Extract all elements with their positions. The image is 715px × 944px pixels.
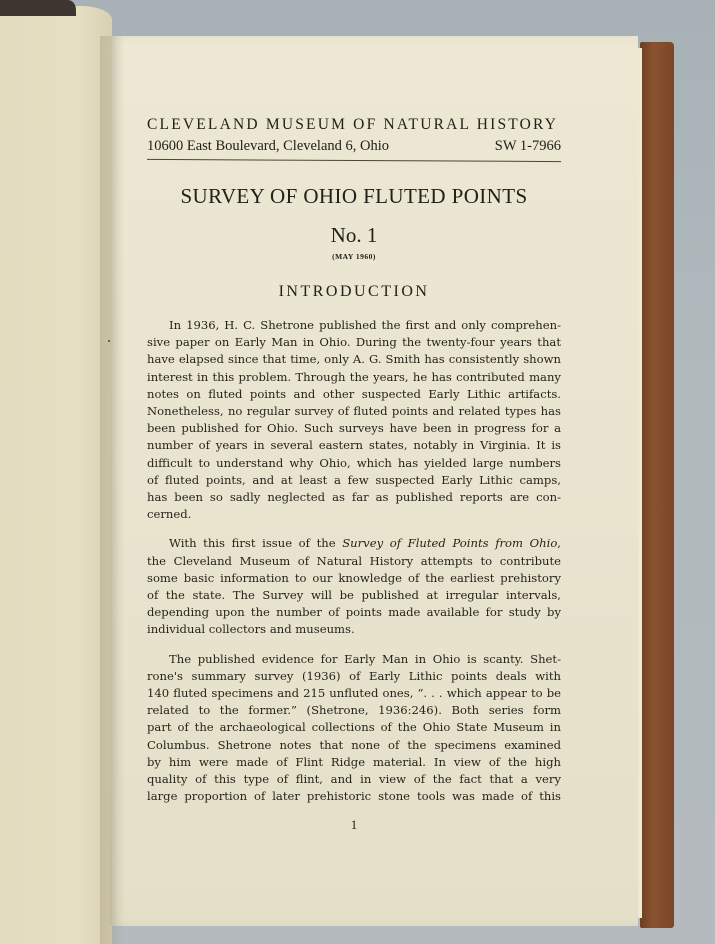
paragraph-line: sive paper on Early Man in Ohio. During … <box>147 334 561 351</box>
paragraph-line: interest in this problem. Through the ye… <box>147 369 561 386</box>
paragraph-line: number of years in several eastern state… <box>147 437 561 454</box>
letterhead-rule <box>147 159 561 162</box>
paper-speck <box>108 340 110 342</box>
issue-number: No. 1 <box>147 223 561 248</box>
paragraph-line: Nonetheless, no regular survey of fluted… <box>147 403 561 420</box>
issue-date: (MAY 1960) <box>147 252 561 261</box>
paragraph-line: difficult to understand why Ohio, which … <box>147 455 561 472</box>
left-page <box>0 6 112 944</box>
letterhead: CLEVELAND MUSEUM OF NATURAL HISTORY 1060… <box>147 116 561 161</box>
paragraph-line: notes on fluted points and other suspect… <box>147 386 561 403</box>
gutter-shadow <box>100 36 124 944</box>
section-heading: INTRODUCTION <box>147 283 561 301</box>
paragraph-line: The published evidence for Early Man in … <box>147 651 561 668</box>
text-segment: , <box>557 536 561 550</box>
paragraph-line: of fluted points, and at least a few sus… <box>147 472 561 489</box>
paragraph-line: rone's summary survey (1936) of Early Li… <box>147 668 561 685</box>
left-cover-edge <box>0 0 76 16</box>
publication-title-italic: Survey of Fluted Points from Ohio <box>342 536 557 550</box>
right-page: CLEVELAND MUSEUM OF NATURAL HISTORY 1060… <box>110 36 638 926</box>
page-number: 1 <box>147 817 561 833</box>
paragraph-line: part of the archaeological collections o… <box>147 719 561 736</box>
paragraph-line: With this first issue of the Survey of F… <box>147 535 561 552</box>
phone-number: SW 1-7966 <box>495 138 561 155</box>
paragraph-line: of the state. The Survey will be publish… <box>147 587 561 604</box>
paragraph-2: With this first issue of the Survey of F… <box>147 535 561 638</box>
paragraph-line: Columbus. Shetrone notes that none of th… <box>147 737 561 754</box>
paragraph-line: some basic information to our knowledge … <box>147 570 561 587</box>
paragraph-line: 140 fluted specimens and 215 unfluted on… <box>147 685 561 702</box>
letterhead-contact-row: 10600 East Boulevard, Cleveland 6, Ohio … <box>147 138 561 155</box>
paragraph-line: cerned. <box>147 506 561 523</box>
book-cover-edge <box>640 42 674 928</box>
paragraph-line: depending upon the number of points made… <box>147 604 561 621</box>
document-title: SURVEY OF OHIO FLUTED POINTS <box>147 184 561 209</box>
paragraph-line: related to the former.” (Shetrone, 1936:… <box>147 702 561 719</box>
paragraph-3: The published evidence for Early Man in … <box>147 651 561 806</box>
paragraph-line: have elapsed since that time, only A. G.… <box>147 351 561 368</box>
organization-name: CLEVELAND MUSEUM OF NATURAL HISTORY <box>147 116 561 134</box>
address: 10600 East Boulevard, Cleveland 6, Ohio <box>147 138 389 155</box>
paragraph-line: quality of this type of flint, and in vi… <box>147 771 561 788</box>
paragraph-line: by him were made of Flint Ridge material… <box>147 754 561 771</box>
text-segment: With this first issue of the <box>169 536 342 550</box>
paragraph-1: In 1936, H. C. Shetrone published the fi… <box>147 317 561 523</box>
paragraph-line: has been so sadly neglected as far as pu… <box>147 489 561 506</box>
paragraph-line: In 1936, H. C. Shetrone published the fi… <box>147 317 561 334</box>
page-content: CLEVELAND MUSEUM OF NATURAL HISTORY 1060… <box>147 116 561 833</box>
paragraph-line: large proportion of later prehistoric st… <box>147 788 561 805</box>
paragraph-line: individual collectors and museums. <box>147 621 561 638</box>
paragraph-line: the Cleveland Museum of Natural History … <box>147 553 561 570</box>
paragraph-line: been published for Ohio. Such surveys ha… <box>147 420 561 437</box>
